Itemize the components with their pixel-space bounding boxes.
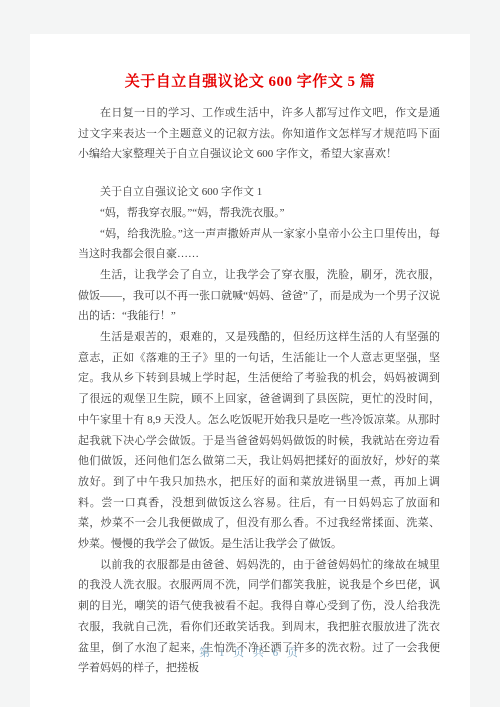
paragraph-quote-1: “妈，帮我穿衣服。”“妈，帮我洗衣服。” (78, 203, 440, 224)
document-title: 关于自立自强议论文 600 字作文 5 篇 (30, 70, 470, 91)
paragraph-self-reliance: 生活，让我学会了自立，让我学会了穿衣服，洗脸，刷牙，洗衣服，做饭——，我可以不再… (78, 265, 440, 327)
paragraph-laundry: 以前我的衣服都是由爸爸、妈妈洗的，由于爸爸妈妈忙的缘故在城里的我没人洗衣服。衣服… (78, 555, 440, 679)
document-body: 在日复一日的学习、工作或生活中，许多人都写过作文吧，作文是通过文字来表达一个主题… (30, 103, 470, 679)
intro-paragraph: 在日复一日的学习、工作或生活中，许多人都写过作文吧，作文是通过文字来表达一个主题… (78, 103, 440, 165)
page-footer: 第 1 页 共 6 页 (30, 644, 470, 660)
section-heading: 关于自立自强议论文 600 字作文 1 (78, 182, 440, 203)
document-sheet: 关于自立自强议论文 600 字作文 5 篇 在日复一日的学习、工作或生活中，许多… (30, 34, 470, 707)
paragraph-quote-2: “妈，给我洗脸。”这一声声撒娇声从一家家小皇帝小公主口里传出，每当这时我都会很自… (78, 224, 440, 265)
page-canvas: 关于自立自强议论文 600 字作文 5 篇 在日复一日的学习、工作或生活中，许多… (0, 0, 500, 707)
paragraph-cooking: 生活是艰苦的，艰难的，又是残酷的，但经历这样生活的人有坚强的意志，正如《落难的王… (78, 327, 440, 555)
page-number-text: 第 1 页 共 6 页 (199, 647, 301, 659)
